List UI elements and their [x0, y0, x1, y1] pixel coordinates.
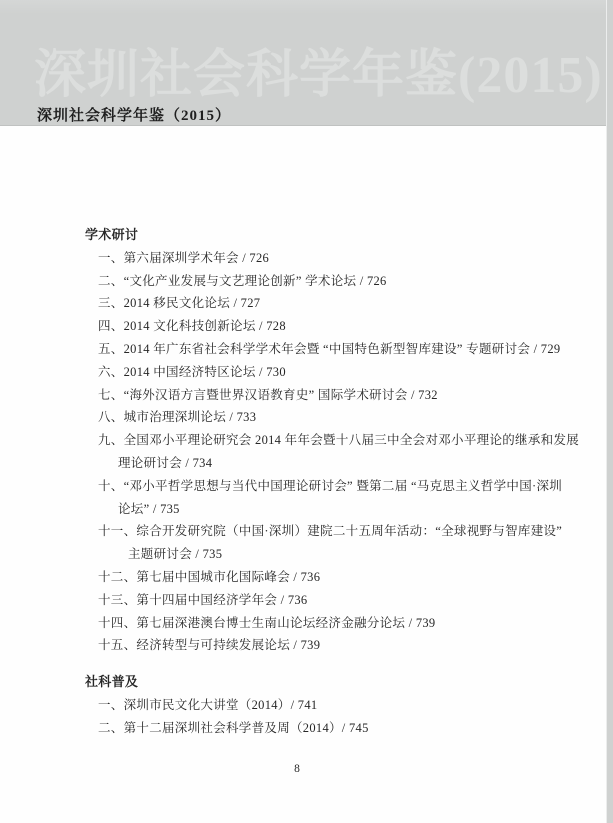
page-header-title: 深圳社会科学年鉴（2015） [37, 104, 231, 125]
toc-section-heading: 学术研讨 [85, 224, 585, 247]
toc-line: 九、全国邓小平理论研究会 2014 年年会暨十八届三中全会对邓小平理论的继承和发… [85, 429, 585, 452]
toc-line: 六、2014 中国经济特区论坛 / 730 [85, 361, 585, 384]
toc-line: 论坛” / 735 [85, 498, 585, 521]
toc-line: 十五、经济转型与可持续发展论坛 / 739 [85, 634, 585, 657]
toc-line: 十、“邓小平哲学思想与当代中国理论研讨会” 暨第二届 “马克思主义哲学中国·深圳 [85, 475, 585, 498]
toc-line: 十四、第七届深港澳台博士生南山论坛经济金融分论坛 / 739 [85, 612, 585, 635]
watermark-title: 深圳社会科学年鉴(2015) [34, 32, 603, 107]
page-number: 8 [85, 763, 509, 775]
toc-line: 十一、综合开发研究院（中国·深圳）建院二十五周年活动：“全球视野与智库建设” [85, 520, 585, 543]
toc-line: 二、第十二届深圳社会科学普及周（2014）/ 745 [85, 717, 585, 740]
toc-line: 八、城市治理深圳论坛 / 733 [85, 406, 585, 429]
toc-line: 五、2014 年广东省社会科学学术年会暨 “中国特色新型智库建设” 专题研讨会 … [85, 338, 585, 361]
table-of-contents: 学术研讨 一、第六届深圳学术年会 / 726 二、“文化产业发展与文艺理论创新”… [85, 224, 585, 740]
toc-line: 十三、第十四届中国经济学年会 / 736 [85, 589, 585, 612]
toc-line: 理论研讨会 / 734 [85, 452, 585, 475]
toc-line: 十二、第七届中国城市化国际峰会 / 736 [85, 566, 585, 589]
toc-line: 主题研讨会 / 735 [85, 543, 585, 566]
toc-line: 二、“文化产业发展与文艺理论创新” 学术论坛 / 726 [85, 270, 585, 293]
toc-line: 一、第六届深圳学术年会 / 726 [85, 247, 585, 270]
toc-line: 三、2014 移民文化论坛 / 727 [85, 292, 585, 315]
page-edge-strip [606, 0, 613, 823]
toc-line: 一、深圳市民文化大讲堂（2014）/ 741 [85, 694, 585, 717]
toc-section-heading: 社科普及 [85, 671, 585, 694]
toc-line: 四、2014 文化科技创新论坛 / 728 [85, 315, 585, 338]
toc-line: 七、“海外汉语方言暨世界汉语教育史” 国际学术研讨会 / 732 [85, 384, 585, 407]
